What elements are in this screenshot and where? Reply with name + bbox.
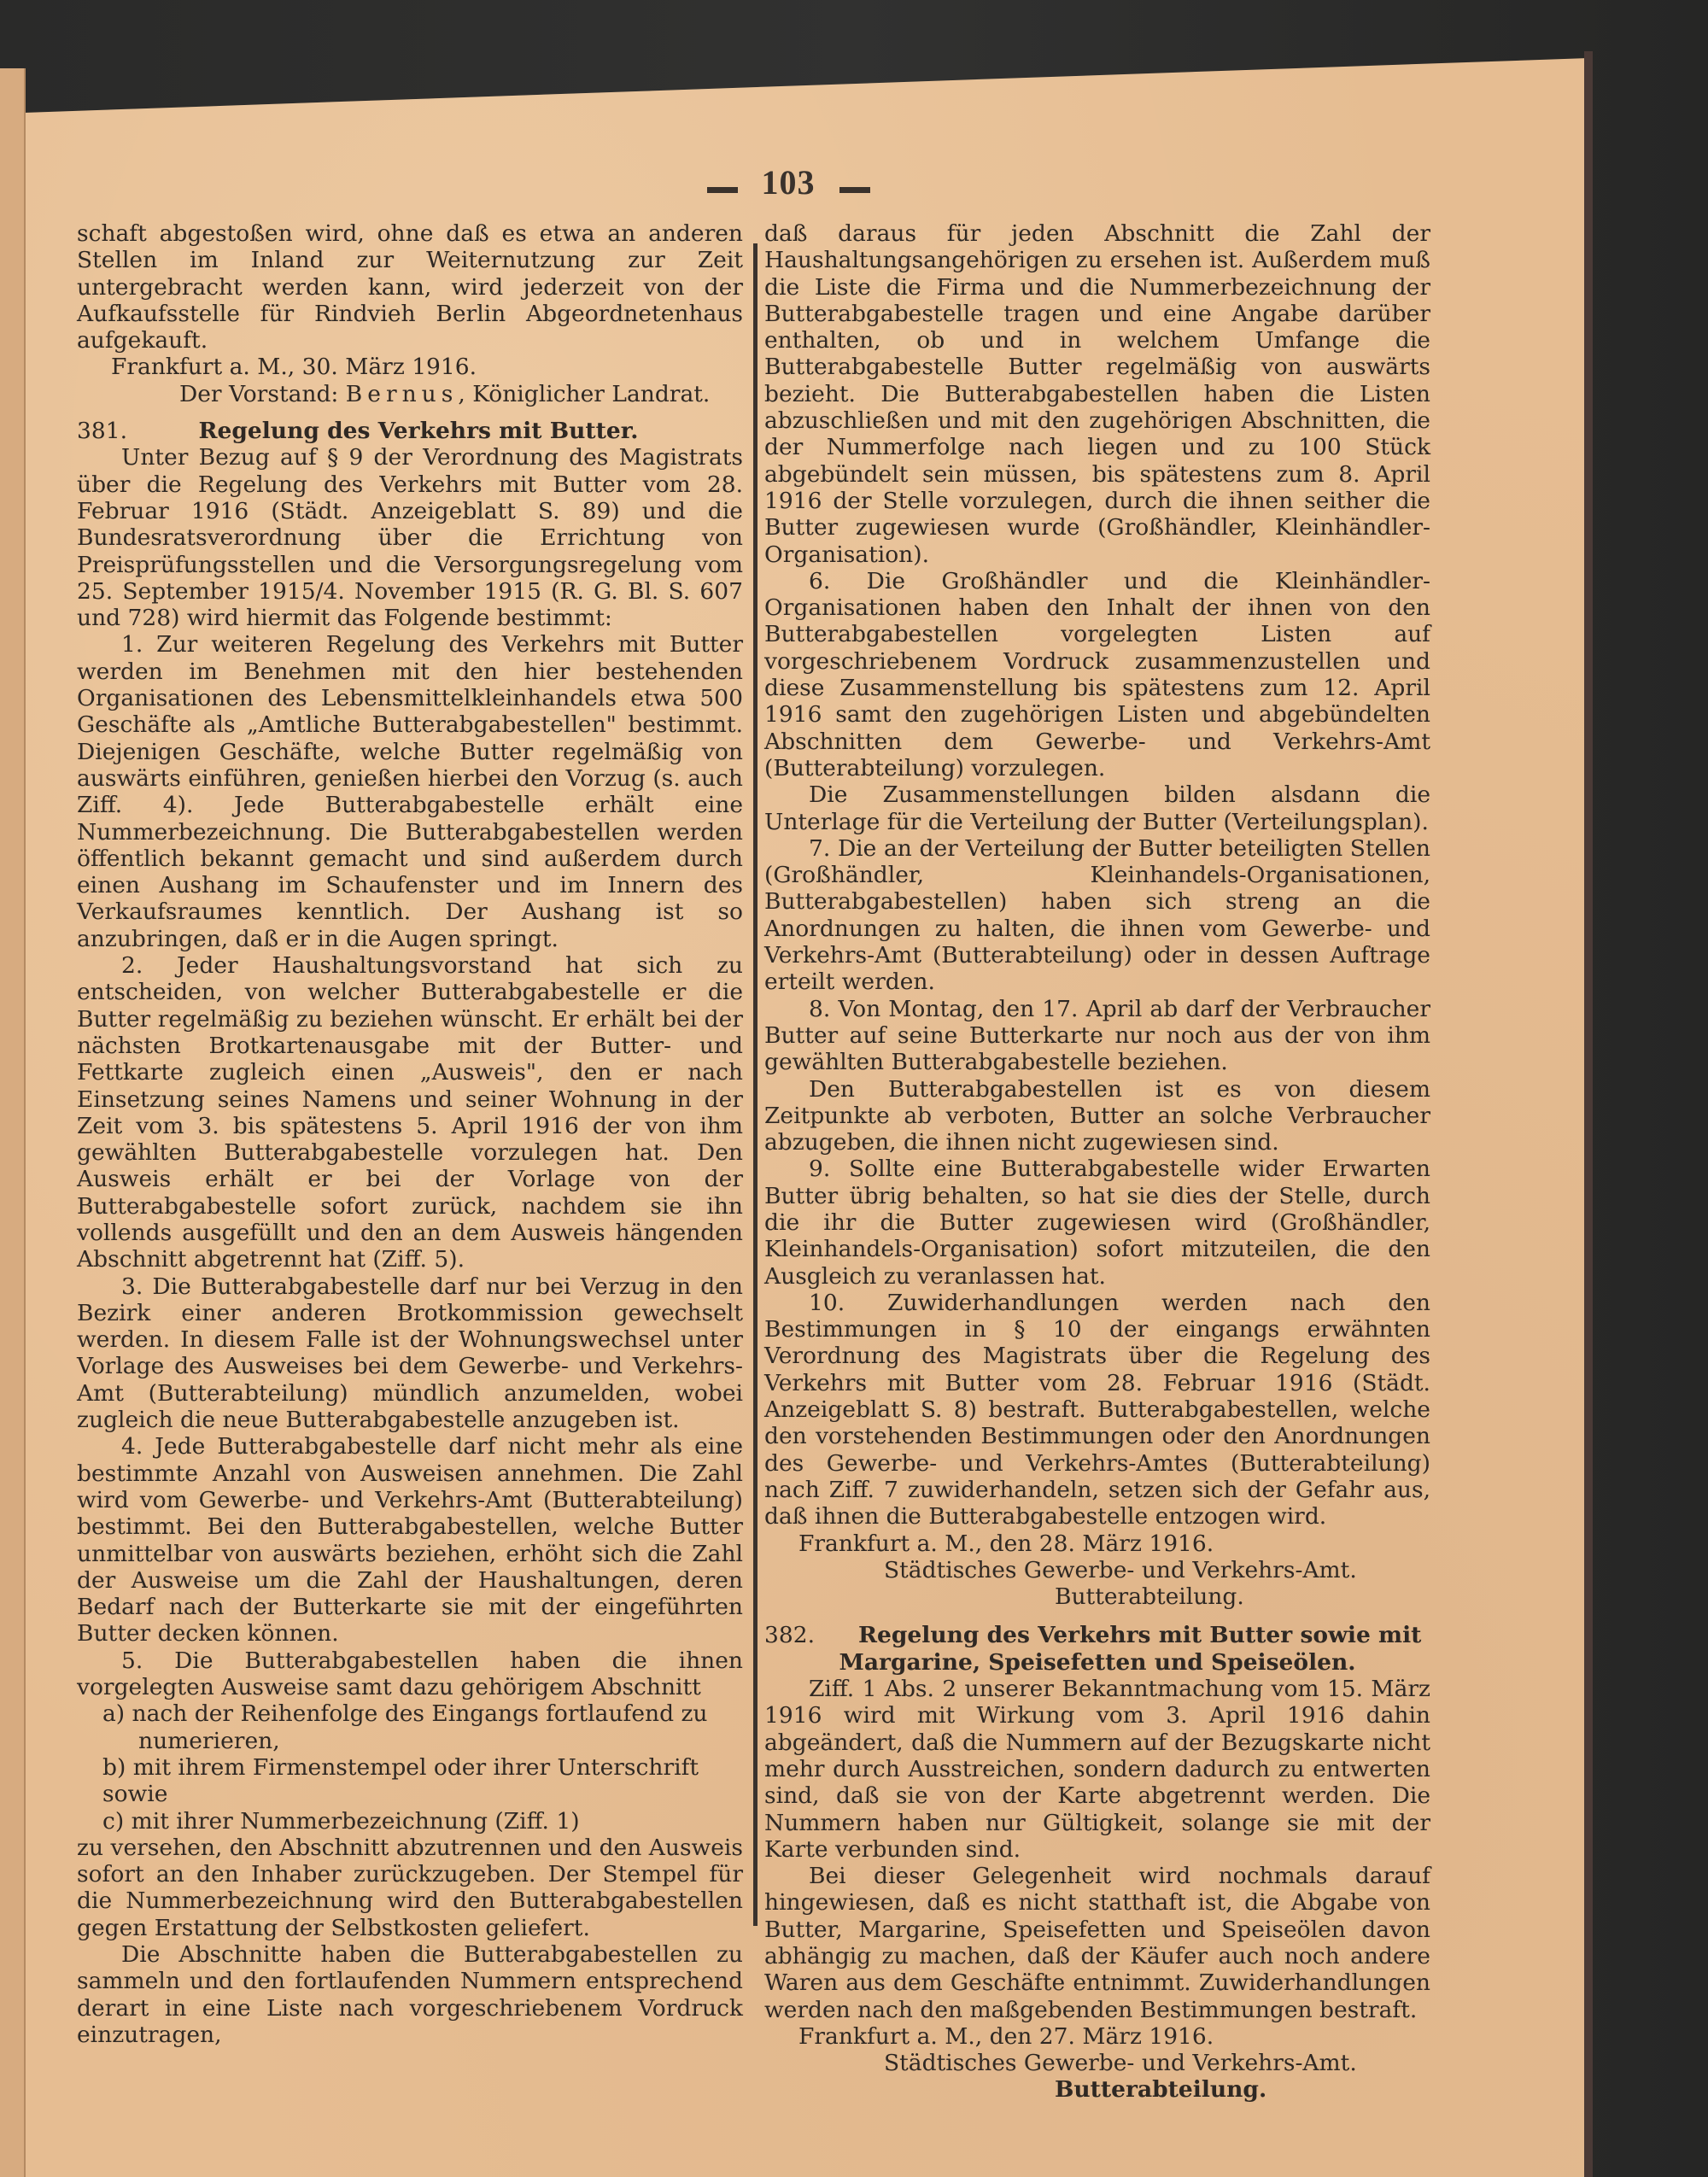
page-number: 103 (762, 163, 816, 202)
item-1: 1. Zur weiteren Regelung des Verkehrs mi… (77, 631, 743, 952)
signature-name: Bernus (346, 381, 459, 407)
section-382-heading: 382. Regelung des Verkehrs mit Butter so… (764, 1622, 1430, 1648)
dash-right (839, 187, 870, 193)
item-2: 2. Jeder Haushaltungsvorstand hat sich z… (77, 952, 743, 1273)
section-381-signature-dept: Butterabteilung. (764, 1583, 1430, 1610)
item-5-para2: Die Abschnitte haben die Butterabgabeste… (77, 1941, 743, 2048)
item-6: 6. Die Großhändler und die Kleinhändler-… (764, 568, 1430, 781)
signature-prefix: Der Vorstand: (179, 381, 346, 407)
continuation-paragraph: schaft abgestoßen wird, ohne daß es etwa… (77, 220, 743, 354)
section-number: 381. (77, 418, 171, 444)
item-5-intro: 5. Die Butterabgabestellen haben die ihn… (77, 1647, 743, 1701)
left-column: schaft abgestoßen wird, ohne daß es etwa… (77, 220, 743, 2048)
section-381-signature-office: Städtisches Gewerbe- und Verkehrs-Amt. (764, 1557, 1430, 1583)
item-5-a-cont: numerieren, (77, 1728, 743, 1754)
item-5-continuation: daß daraus für jeden Abschnitt die Zahl … (764, 220, 1430, 568)
right-column: daß daraus für jeden Abschnitt die Zahl … (764, 220, 1430, 2104)
section-382-signature-office: Städtisches Gewerbe- und Verkehrs-Amt. (764, 2050, 1430, 2076)
section-number: 382. (764, 1622, 858, 1648)
section-title-line2: Margarine, Speisefetten und Speiseölen. (764, 1649, 1430, 1676)
item-8: 8. Von Montag, den 17. April ab darf der… (764, 996, 1430, 1076)
section-382-date: Frankfurt a. M., den 27. März 1916. (764, 2023, 1430, 2050)
item-10: 10. Zuwiderhandlungen werden nach den Be… (764, 1290, 1430, 1530)
item-5-c: c) mit ihrer Nummerbezeichnung (Ziff. 1) (77, 1808, 743, 1835)
item-5-a: a) nach der Reihenfolge des Eingangs for… (77, 1700, 743, 1727)
section-381-intro: Unter Bezug auf § 9 der Verordnung des M… (77, 444, 743, 631)
signature-suffix: , Königlicher Landrat. (458, 381, 710, 407)
item-5-b: b) mit ihrem Firmenstempel oder ihrer Un… (77, 1754, 743, 1808)
column-divider (753, 243, 757, 1926)
section-382-para2: Bei dieser Gelegenheit wird nochmals dar… (764, 1863, 1430, 2023)
item-7: 7. Die an der Verteilung der Butter bete… (764, 835, 1430, 996)
item-3: 3. Die Butterabgabestelle darf nur bei V… (77, 1273, 743, 1434)
item-5-rest: zu versehen, den Abschnitt abzutrennen u… (77, 1835, 743, 1941)
item-8-para2: Den Butterabgabestellen ist es von diese… (764, 1076, 1430, 1156)
section-381-date: Frankfurt a. M., den 28. März 1916. (764, 1530, 1430, 1557)
continuation-signature: Der Vorstand: Bernus, Königlicher Landra… (77, 381, 743, 407)
item-9: 9. Sollte eine Butterabgabestelle wider … (764, 1156, 1430, 1289)
continuation-date: Frankfurt a. M., 30. März 1916. (77, 354, 743, 380)
page-header: 103 (0, 162, 1576, 202)
facing-page-edge (0, 68, 26, 2177)
section-381-heading: 381. Regelung des Verkehrs mit Butter. (77, 418, 743, 444)
section-382-signature-dept: Butterabteilung. (764, 2076, 1430, 2103)
dash-left (707, 187, 738, 193)
item-6-para2: Die Zusammenstellungen bilden alsdann di… (764, 781, 1430, 835)
section-title-line1: Regelung des Verkehrs mit Butter sowie m… (858, 1622, 1430, 1648)
binding-edge (1584, 51, 1593, 2177)
section-title: Regelung des Verkehrs mit Butter. (171, 418, 743, 444)
item-4: 4. Jede Butterabgabestelle darf nicht me… (77, 1433, 743, 1647)
section-382-para1: Ziff. 1 Abs. 2 unserer Bekanntmachung vo… (764, 1676, 1430, 1863)
